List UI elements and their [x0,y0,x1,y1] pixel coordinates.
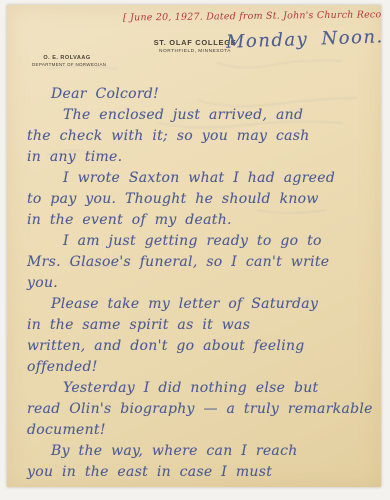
letter-line: Mrs. Glasoe's funeral, so I can't write [27,252,377,273]
archivist-annotation: [ June 20, 1927. Dated from St. John's C… [123,9,371,23]
letter-line: you. [27,273,377,294]
letter-line: the check with it; so you may cash [27,126,377,147]
letter-line: I am just getting ready to go to [27,231,377,252]
letter-line: in any time. [27,147,377,168]
letter-line: offended! [27,357,377,378]
letterhead-sender-department: DEPARTMENT OF NORWEGIAN [32,62,102,67]
letter-line: to pay you. Thought he should know [27,189,377,210]
handwritten-dateline: Monday Noon. [226,26,381,52]
scanned-letter: [ June 20, 1927. Dated from St. John's C… [0,0,390,500]
letter-line: Dear Colcord! [27,84,377,105]
letter-line: The enclosed just arrived, and [27,105,377,126]
letter-line: Please take my letter of Saturday [27,294,377,315]
letter-line: in the same spirit as it was [27,315,377,336]
letterhead-sender-name: O. E. ROLVAAG [32,55,102,61]
letter-line: Yesterday I did nothing else but [27,378,377,399]
letter-line: By the way, where can I reach [27,441,377,462]
letter-line: you in the east in case I must [27,462,377,483]
letterhead-sender-block: O. E. ROLVAAG DEPARTMENT OF NORWEGIAN [32,55,102,67]
letter-line: written, and don't go about feeling [27,336,377,357]
letter-line: document! [27,420,377,441]
letter-line: I wrote Saxton what I had agreed [27,168,377,189]
letter-line: read Olin's biography — a truly remarkab… [27,399,377,420]
letter-body: Dear Colcord! The enclosed just arrived,… [27,84,377,483]
letter-line: in the event of my death. [27,210,377,231]
letter-paper: [ June 20, 1927. Dated from St. John's C… [7,5,381,487]
